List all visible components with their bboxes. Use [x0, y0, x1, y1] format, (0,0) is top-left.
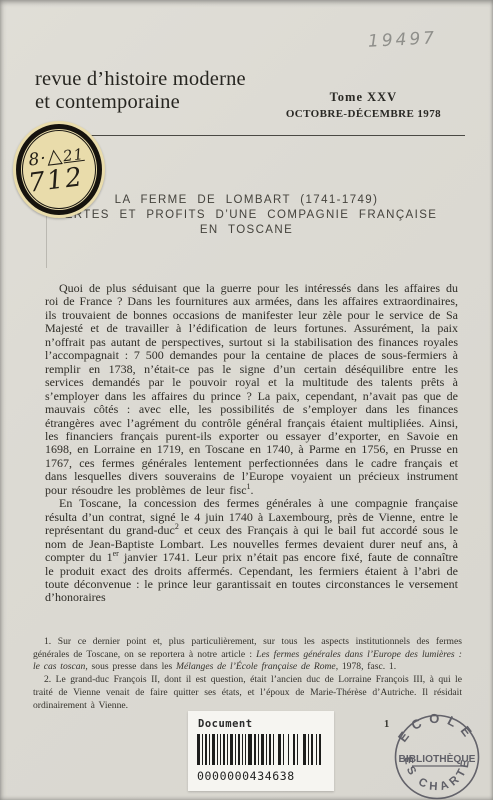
shelfmark-sticker: 8·△21 712	[13, 121, 105, 218]
footnote-2: 2. Le grand-duc François II, dont il est…	[33, 674, 462, 712]
footnote-1: 1. Sur ce dernier point et, plus particu…	[33, 636, 462, 674]
scanned-journal-page: 19497 revue d’histoire moderne et contem…	[0, 0, 493, 800]
footnotes: 1. Sur ce dernier point et, plus particu…	[33, 636, 462, 712]
article-title-line3: EN TOSCANE	[0, 223, 493, 238]
stamp-text-top: ECOLE	[395, 711, 479, 745]
header-rule	[88, 135, 465, 136]
barcode-label: Document 0000000434638	[188, 711, 334, 791]
journal-title-line1: revue d’histoire moderne	[35, 68, 246, 91]
journal-title-line2: et contemporaine	[35, 91, 246, 114]
svg-text:ECOLE: ECOLE	[395, 711, 479, 745]
body-paragraph-2: En Toscane, la concession des fermes gén…	[45, 497, 458, 605]
barcode-image	[197, 734, 324, 765]
shelfmark-handwriting: 8·△21 712	[7, 116, 110, 223]
barcode-label-title: Document	[198, 718, 253, 730]
body-paragraph-1: Quoi de plus séduisant que la guerre pou…	[45, 282, 458, 497]
article-body: Quoi de plus séduisant que la guerre pou…	[45, 282, 458, 605]
shelfmark-number: 712	[27, 162, 86, 199]
volume-info: Tome XXV OCTOBRE-DÉCEMBRE 1978	[286, 90, 441, 120]
page-number: 1	[384, 719, 389, 730]
barcode-number: 0000000434638	[197, 769, 295, 783]
issue-date: OCTOBRE-DÉCEMBRE 1978	[286, 108, 441, 120]
library-stamp: ECOLE BIBLIOTHÈQUE DES CHARTES	[390, 711, 484, 800]
tome-label: Tome XXV	[286, 90, 441, 105]
journal-title: revue d’histoire moderne et contemporain…	[35, 68, 246, 113]
handwritten-accession-number: 19497	[368, 28, 438, 52]
